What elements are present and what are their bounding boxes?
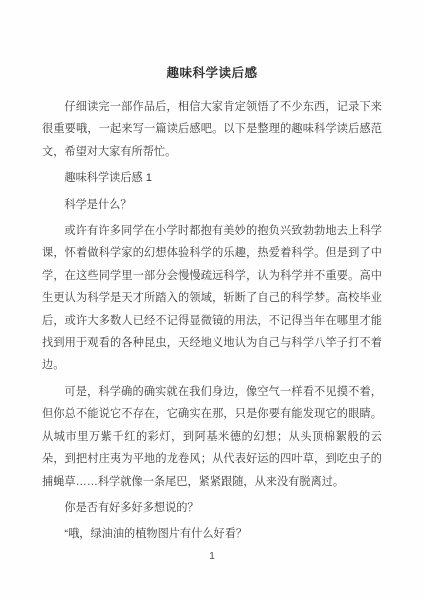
paragraph-intro: 仔细读完一部作品后，相信大家肯定领悟了不少东西，记录下来很重要哦，一起来写一篇读… <box>42 96 382 163</box>
paragraph-question: 科学是什么？ <box>42 194 382 216</box>
paragraph-quote: “哦，绿油油的植物图片有什么好看？ <box>42 523 382 545</box>
document-title: 趣味科学读后感 <box>42 62 382 84</box>
document-content: 趣味科学读后感 仔细读完一部作品后，相信大家肯定领悟了不少东西，记录下来很重要哦… <box>0 0 424 546</box>
paragraph-body-1: 或许有许多同学在小学时都抱有美妙的抱负兴致勃勃地去上科学课，怀着做科学家的幻想体… <box>42 220 382 377</box>
document-page: 趣味科学读后感 仔细读完一部作品后，相信大家肯定领悟了不少东西，记录下来很重要哦… <box>0 0 424 600</box>
paragraph-section-heading: 趣味科学读后感 1 <box>42 167 382 189</box>
page-number: 1 <box>0 551 424 562</box>
paragraph-question-2: 你是否有好多好多想说的？ <box>42 497 382 519</box>
paragraph-body-2: 可是，科学确的确实就在我们身边，像空气一样看不见摸不着，但你总不能说它不存在，它… <box>42 381 382 493</box>
